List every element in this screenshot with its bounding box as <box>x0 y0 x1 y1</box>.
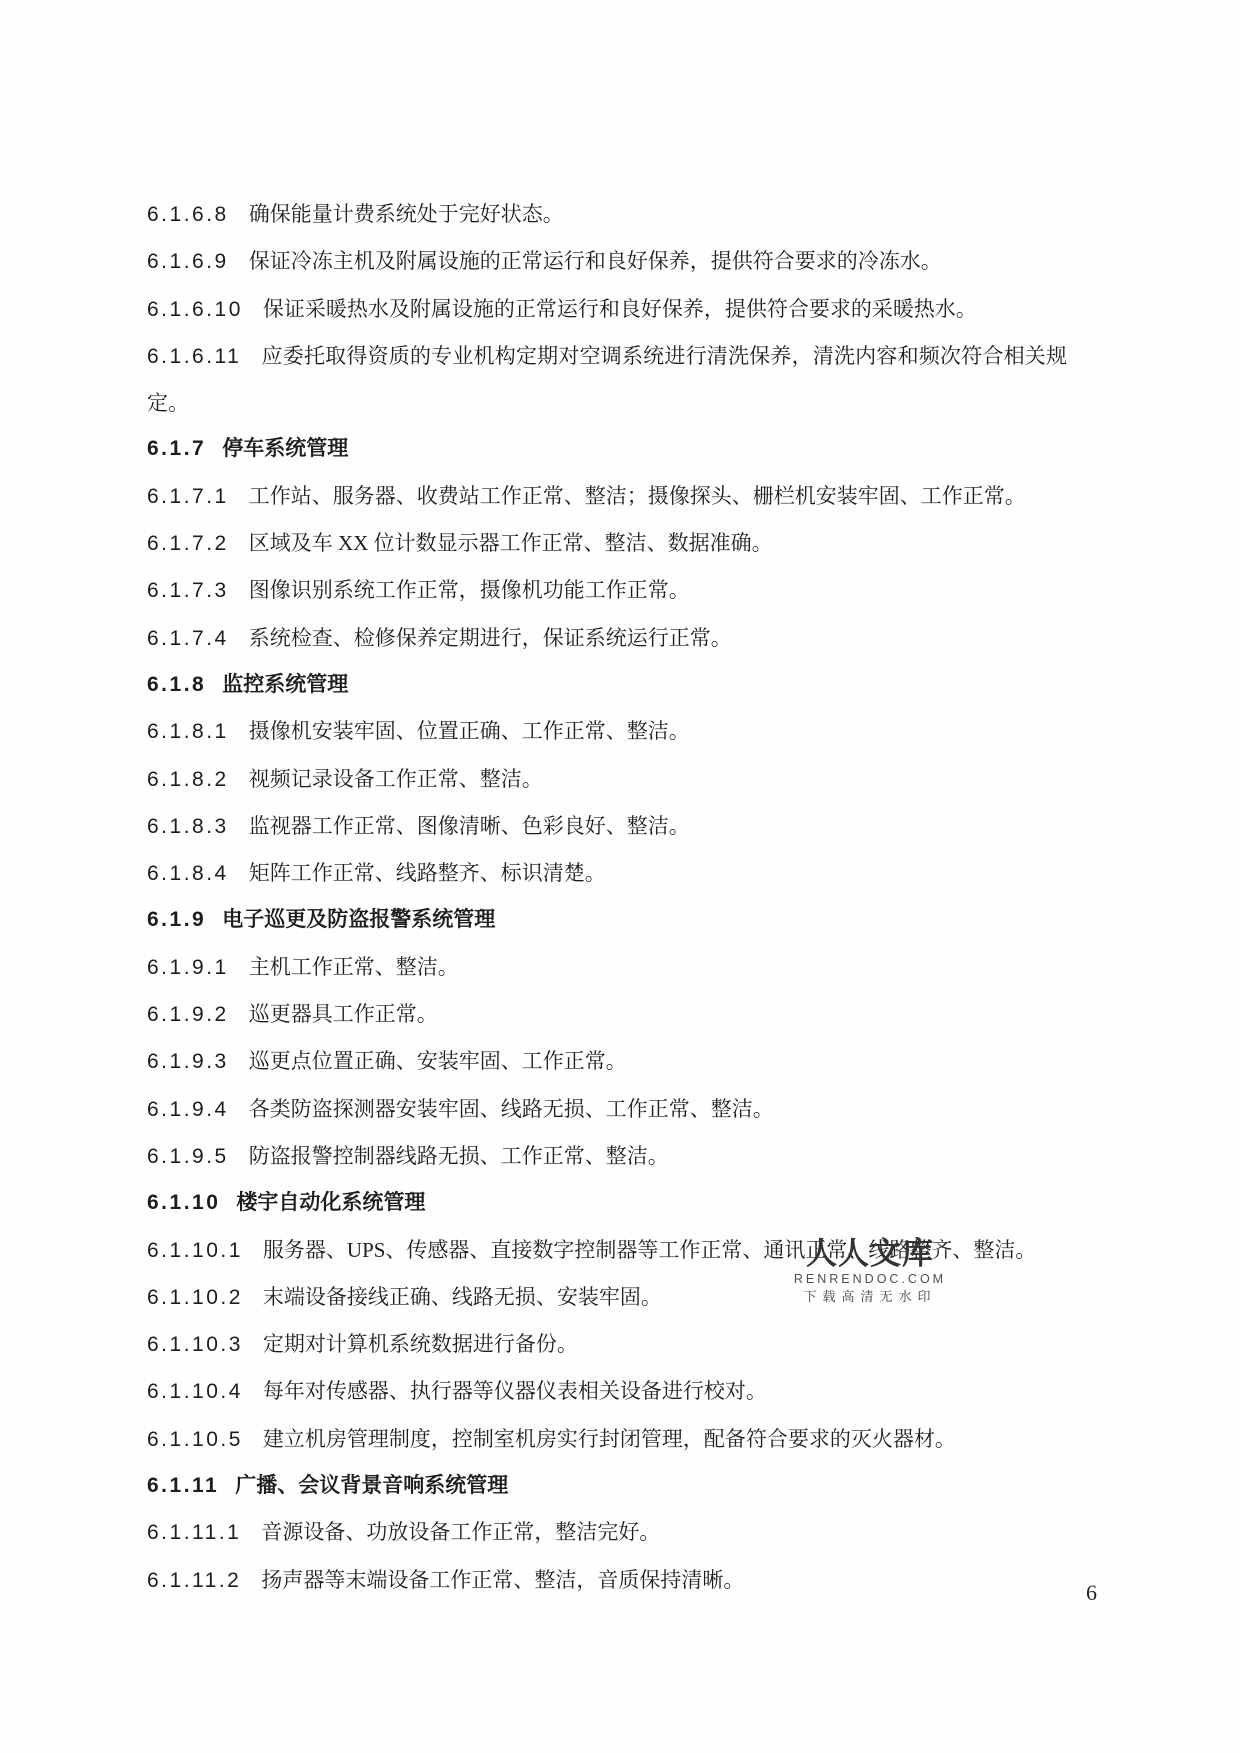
clause-number: 6.1.9.2 <box>147 1003 229 1026</box>
clause-number: 6.1.7.3 <box>147 579 229 602</box>
clause-text: 确保能量计费系统处于完好状态。 <box>249 202 564 226</box>
clause-text: 主机工作正常、整洁。 <box>249 955 459 979</box>
clause-text: 保证采暖热水及附属设施的正常运行和良好保养，提供符合要求的采暖热水。 <box>263 297 977 321</box>
clause-number: 6.1.10.2 <box>147 1286 243 1309</box>
clause-text: 图像识别系统工作正常，摄像机功能工作正常。 <box>249 578 690 602</box>
section-heading-text: 楼宇自动化系统管理 <box>236 1191 425 1214</box>
clause-number: 6.1.11.2 <box>147 1569 241 1592</box>
clause-paragraph: 6.1.7.1工作站、服务器、收费站工作正常、整洁；摄像探头、栅栏机安装牢固、工… <box>147 473 1067 520</box>
clause-number: 6.1.8.4 <box>147 862 229 885</box>
clause-text: 巡更器具工作正常。 <box>249 1002 438 1026</box>
clause-number: 6.1.7.2 <box>147 532 229 555</box>
clause-number: 6.1.9.4 <box>147 1098 229 1121</box>
clause-text: 应委托取得资质的专业机构定期对空调系统进行清洗保养，清洗内容和频次符合相关规定。 <box>147 344 1067 415</box>
clause-text: 各类防盗探测器安装牢固、线路无损、工作正常、整洁。 <box>249 1097 774 1121</box>
clause-number: 6.1.7.1 <box>147 485 229 508</box>
clause-number: 6.1.8.1 <box>147 720 229 743</box>
section-heading-text: 监控系统管理 <box>222 673 348 696</box>
clause-paragraph: 6.1.9.4各类防盗探测器安装牢固、线路无损、工作正常、整洁。 <box>147 1086 1067 1133</box>
clause-number: 6.1.10.3 <box>147 1333 243 1356</box>
clause-number: 6.1.6.10 <box>147 298 243 321</box>
clause-text: 保证冷冻主机及附属设施的正常运行和良好保养，提供符合要求的冷冻水。 <box>249 249 942 273</box>
section-heading: 6.1.10楼宇自动化系统管理 <box>147 1180 1067 1226</box>
clause-number: 6.1.8.2 <box>147 768 229 791</box>
clause-paragraph: 6.1.7.3图像识别系统工作正常，摄像机功能工作正常。 <box>147 567 1067 614</box>
clause-number: 6.1.7 <box>147 437 206 460</box>
clause-paragraph: 6.1.9.2巡更器具工作正常。 <box>147 991 1067 1038</box>
clause-number: 6.1.6.9 <box>147 250 229 273</box>
section-heading-text: 电子巡更及防盗报警系统管理 <box>222 908 495 931</box>
watermark: 人人文库 RENRENDOC.COM 下载高清无水印 <box>745 1238 995 1303</box>
clause-text: 监视器工作正常、图像清晰、色彩良好、整洁。 <box>249 814 690 838</box>
clause-text: 系统检查、检修保养定期进行，保证系统运行正常。 <box>249 626 732 650</box>
clause-text: 区域及车 XX 位计数显示器工作正常、整洁、数据准确。 <box>249 531 773 555</box>
clause-paragraph: 6.1.8.3监视器工作正常、图像清晰、色彩良好、整洁。 <box>147 803 1067 850</box>
clause-paragraph: 6.1.7.2区域及车 XX 位计数显示器工作正常、整洁、数据准确。 <box>147 520 1067 567</box>
clause-text: 防盗报警控制器线路无损、工作正常、整洁。 <box>249 1144 669 1168</box>
section-heading-text: 停车系统管理 <box>222 437 348 460</box>
clause-paragraph: 6.1.10.4每年对传感器、执行器等仪器仪表相关设备进行校对。 <box>147 1368 1067 1415</box>
clause-paragraph: 6.1.8.2视频记录设备工作正常、整洁。 <box>147 756 1067 803</box>
clause-number: 6.1.11.1 <box>147 1521 241 1544</box>
clause-number: 6.1.10.5 <box>147 1428 243 1451</box>
clause-paragraph: 6.1.9.3巡更点位置正确、安装牢固、工作正常。 <box>147 1038 1067 1085</box>
clause-paragraph: 6.1.10.3定期对计算机系统数据进行备份。 <box>147 1321 1067 1368</box>
clause-number: 6.1.9.5 <box>147 1145 229 1168</box>
clause-number: 6.1.9.3 <box>147 1050 229 1073</box>
clause-number: 6.1.10.4 <box>147 1380 243 1403</box>
clause-number: 6.1.9 <box>147 908 206 931</box>
clause-text: 音源设备、功放设备工作正常，整洁完好。 <box>261 1520 660 1544</box>
clause-paragraph: 6.1.11.2扬声器等末端设备工作正常、整洁，音质保持清晰。 <box>147 1557 1067 1604</box>
section-heading: 6.1.8监控系统管理 <box>147 662 1067 708</box>
clause-text: 定期对计算机系统数据进行备份。 <box>263 1332 578 1356</box>
watermark-logo-text: 人人文库 <box>745 1238 995 1269</box>
clause-text: 矩阵工作正常、线路整齐、标识清楚。 <box>249 861 606 885</box>
clause-paragraph: 6.1.10.5建立机房管理制度，控制室机房实行封闭管理，配备符合要求的灭火器材… <box>147 1416 1067 1463</box>
clause-number: 6.1.9.1 <box>147 956 229 979</box>
clause-number: 6.1.10 <box>147 1191 220 1214</box>
clause-paragraph: 6.1.9.5防盗报警控制器线路无损、工作正常、整洁。 <box>147 1133 1067 1180</box>
section-heading-text: 广播、会议背景音响系统管理 <box>235 1474 508 1497</box>
clause-paragraph: 6.1.8.1摄像机安装牢固、位置正确、工作正常、整洁。 <box>147 708 1067 755</box>
clause-number: 6.1.8.3 <box>147 815 229 838</box>
document-body: 6.1.6.8确保能量计费系统处于完好状态。6.1.6.9保证冷冻主机及附属设施… <box>147 191 1067 1604</box>
clause-number: 6.1.6.11 <box>147 345 241 368</box>
document-page: 6.1.6.8确保能量计费系统处于完好状态。6.1.6.9保证冷冻主机及附属设施… <box>0 0 1240 1753</box>
clause-paragraph: 6.1.7.4系统检查、检修保养定期进行，保证系统运行正常。 <box>147 615 1067 662</box>
clause-paragraph: 6.1.6.10保证采暖热水及附属设施的正常运行和良好保养，提供符合要求的采暖热… <box>147 286 1067 333</box>
clause-number: 6.1.6.8 <box>147 203 229 226</box>
clause-paragraph: 6.1.11.1音源设备、功放设备工作正常，整洁完好。 <box>147 1509 1067 1556</box>
clause-text: 摄像机安装牢固、位置正确、工作正常、整洁。 <box>249 719 690 743</box>
clause-paragraph: 6.1.6.11应委托取得资质的专业机构定期对空调系统进行清洗保养，清洗内容和频… <box>147 333 1067 427</box>
clause-number: 6.1.7.4 <box>147 627 229 650</box>
clause-text: 扬声器等末端设备工作正常、整洁，音质保持清晰。 <box>261 1568 744 1592</box>
watermark-tagline: 下载高清无水印 <box>745 1290 995 1303</box>
section-heading: 6.1.7停车系统管理 <box>147 426 1067 472</box>
clause-number: 6.1.8 <box>147 673 206 696</box>
page-number: 6 <box>1086 1580 1097 1606</box>
clause-paragraph: 6.1.8.4矩阵工作正常、线路整齐、标识清楚。 <box>147 850 1067 897</box>
clause-text: 末端设备接线正确、线路无损、安装牢固。 <box>263 1285 662 1309</box>
section-heading: 6.1.11广播、会议背景音响系统管理 <box>147 1463 1067 1509</box>
section-heading: 6.1.9电子巡更及防盗报警系统管理 <box>147 897 1067 943</box>
clause-number: 6.1.10.1 <box>147 1239 243 1262</box>
clause-text: 工作站、服务器、收费站工作正常、整洁；摄像探头、栅栏机安装牢固、工作正常。 <box>249 484 1026 508</box>
clause-text: 建立机房管理制度，控制室机房实行封闭管理，配备符合要求的灭火器材。 <box>263 1427 956 1451</box>
clause-number: 6.1.11 <box>147 1474 219 1497</box>
watermark-site-url: RENRENDOC.COM <box>745 1273 995 1286</box>
clause-paragraph: 6.1.6.9保证冷冻主机及附属设施的正常运行和良好保养，提供符合要求的冷冻水。 <box>147 238 1067 285</box>
clause-text: 视频记录设备工作正常、整洁。 <box>249 767 543 791</box>
clause-paragraph: 6.1.6.8确保能量计费系统处于完好状态。 <box>147 191 1067 238</box>
clause-paragraph: 6.1.9.1主机工作正常、整洁。 <box>147 944 1067 991</box>
clause-text: 每年对传感器、执行器等仪器仪表相关设备进行校对。 <box>263 1379 767 1403</box>
clause-text: 巡更点位置正确、安装牢固、工作正常。 <box>249 1049 627 1073</box>
